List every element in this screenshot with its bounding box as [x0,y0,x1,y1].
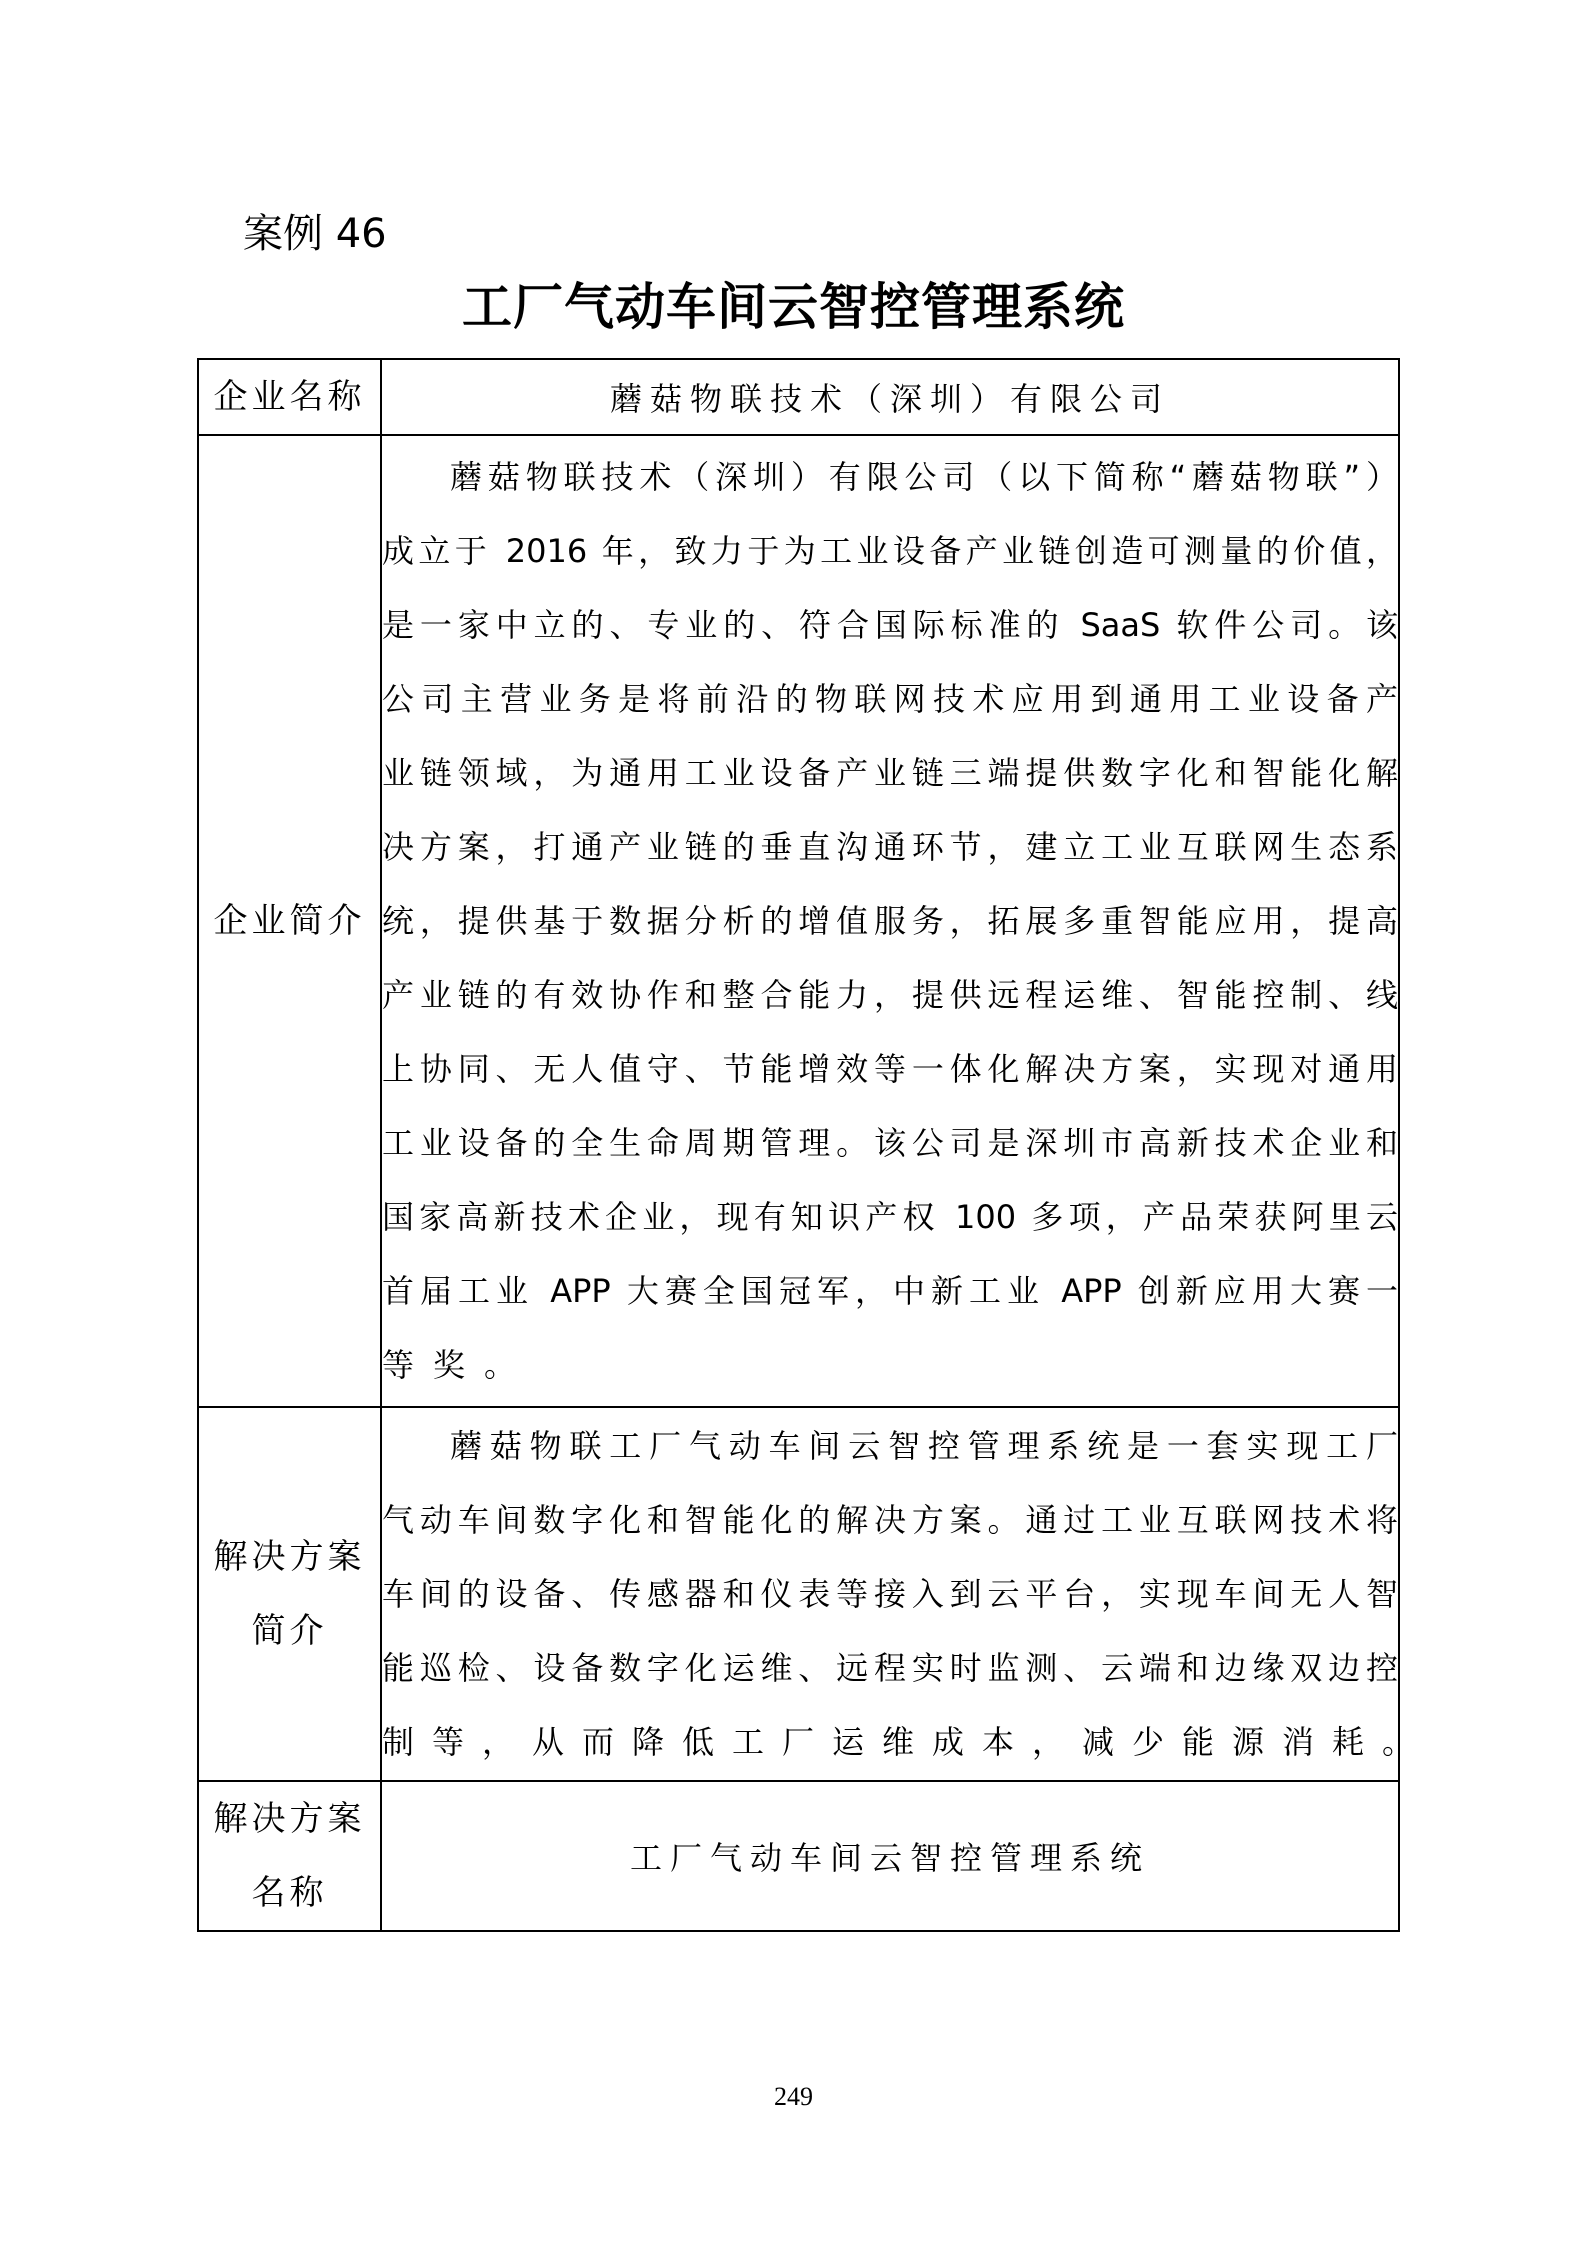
page-number: 249 [0,2082,1587,2112]
solution-name-label-line2: 名称 [199,1856,380,1930]
paragraph-line: 能巡检、设备数字化运维、远程实时监测、云端和边缘双边控 [382,1631,1398,1705]
paragraph-line: 工业设备的全生命周期管理。该公司是深圳市高新技术企业和 [382,1106,1398,1180]
paragraph-line: 上协同、无人值守、节能增效等一体化解决方案，实现对通用 [382,1032,1398,1106]
solution-intro-text: 蘑菇物联工厂气动车间云智控管理系统是一套实现工厂 气动车间数字化和智能化的解决方… [381,1407,1399,1781]
table-row-solution-intro: 解决方案 简介 蘑菇物联工厂气动车间云智控管理系统是一套实现工厂 气动车间数字化… [198,1407,1399,1781]
page-title: 工厂气动车间云智控管理系统 [0,276,1587,338]
company-info-table: 企业名称 蘑菇物联技术（深圳）有限公司 企业简介 蘑菇物联技术（深圳）有限公司（… [197,358,1400,1932]
paragraph-line: 气动车间数字化和智能化的解决方案。通过工业互联网技术将 [382,1483,1398,1557]
paragraph-line: 制等，从而降低工厂运维成本，减少能源消耗。 [382,1705,1398,1779]
paragraph-line: 是一家中立的、专业的、符合国际标准的 SaaS 软件公司。该 [382,588,1398,662]
paragraph-line: 统，提供基于数据分析的增值服务，拓展多重智能应用，提高 [382,884,1398,958]
paragraph-line: 首届工业 APP 大赛全国冠军，中新工业 APP 创新应用大赛一 [382,1254,1398,1328]
paragraph-line: 业链领域，为通用工业设备产业链三端提供数字化和智能化解 [382,736,1398,810]
paragraph-line: 成立于 2016 年，致力于为工业设备产业链创造可测量的价值， [382,514,1398,588]
solution-intro-label: 解决方案 简介 [198,1407,381,1781]
paragraph-line: 决方案，打通产业链的垂直沟通环节，建立工业互联网生态系 [382,810,1398,884]
paragraph-line: 国家高新技术企业，现有知识产权 100 多项，产品荣获阿里云 [382,1180,1398,1254]
paragraph-line: 蘑菇物联技术（深圳）有限公司（以下简称“蘑菇物联”） [382,440,1398,514]
company-intro-text: 蘑菇物联技术（深圳）有限公司（以下简称“蘑菇物联”） 成立于 2016 年，致力… [381,435,1399,1407]
solution-name-label-line1: 解决方案 [199,1782,380,1856]
solution-name-label: 解决方案 名称 [198,1781,381,1931]
paragraph-line: 公司主营业务是将前沿的物联网技术应用到通用工业设备产 [382,662,1398,736]
solution-name-value: 工厂气动车间云智控管理系统 [381,1781,1399,1931]
table-row-solution-name: 解决方案 名称 工厂气动车间云智控管理系统 [198,1781,1399,1931]
paragraph-line: 产业链的有效协作和整合能力，提供远程运维、智能控制、线 [382,958,1398,1032]
paragraph-line: 蘑菇物联工厂气动车间云智控管理系统是一套实现工厂 [382,1409,1398,1483]
solution-intro-label-line1: 解决方案 [199,1520,380,1594]
paragraph-line: 车间的设备、传感器和仪表等接入到云平台，实现车间无人智 [382,1557,1398,1631]
company-name-value: 蘑菇物联技术（深圳）有限公司 [381,359,1399,435]
solution-intro-label-line2: 简介 [199,1594,380,1668]
company-name-label: 企业名称 [198,359,381,435]
paragraph-line: 等奖。 [382,1328,1398,1402]
case-label: 案例 46 [243,208,387,260]
table-row-company-intro: 企业简介 蘑菇物联技术（深圳）有限公司（以下简称“蘑菇物联”） 成立于 2016… [198,435,1399,1407]
company-intro-label: 企业简介 [198,435,381,1407]
table-row-company-name: 企业名称 蘑菇物联技术（深圳）有限公司 [198,359,1399,435]
